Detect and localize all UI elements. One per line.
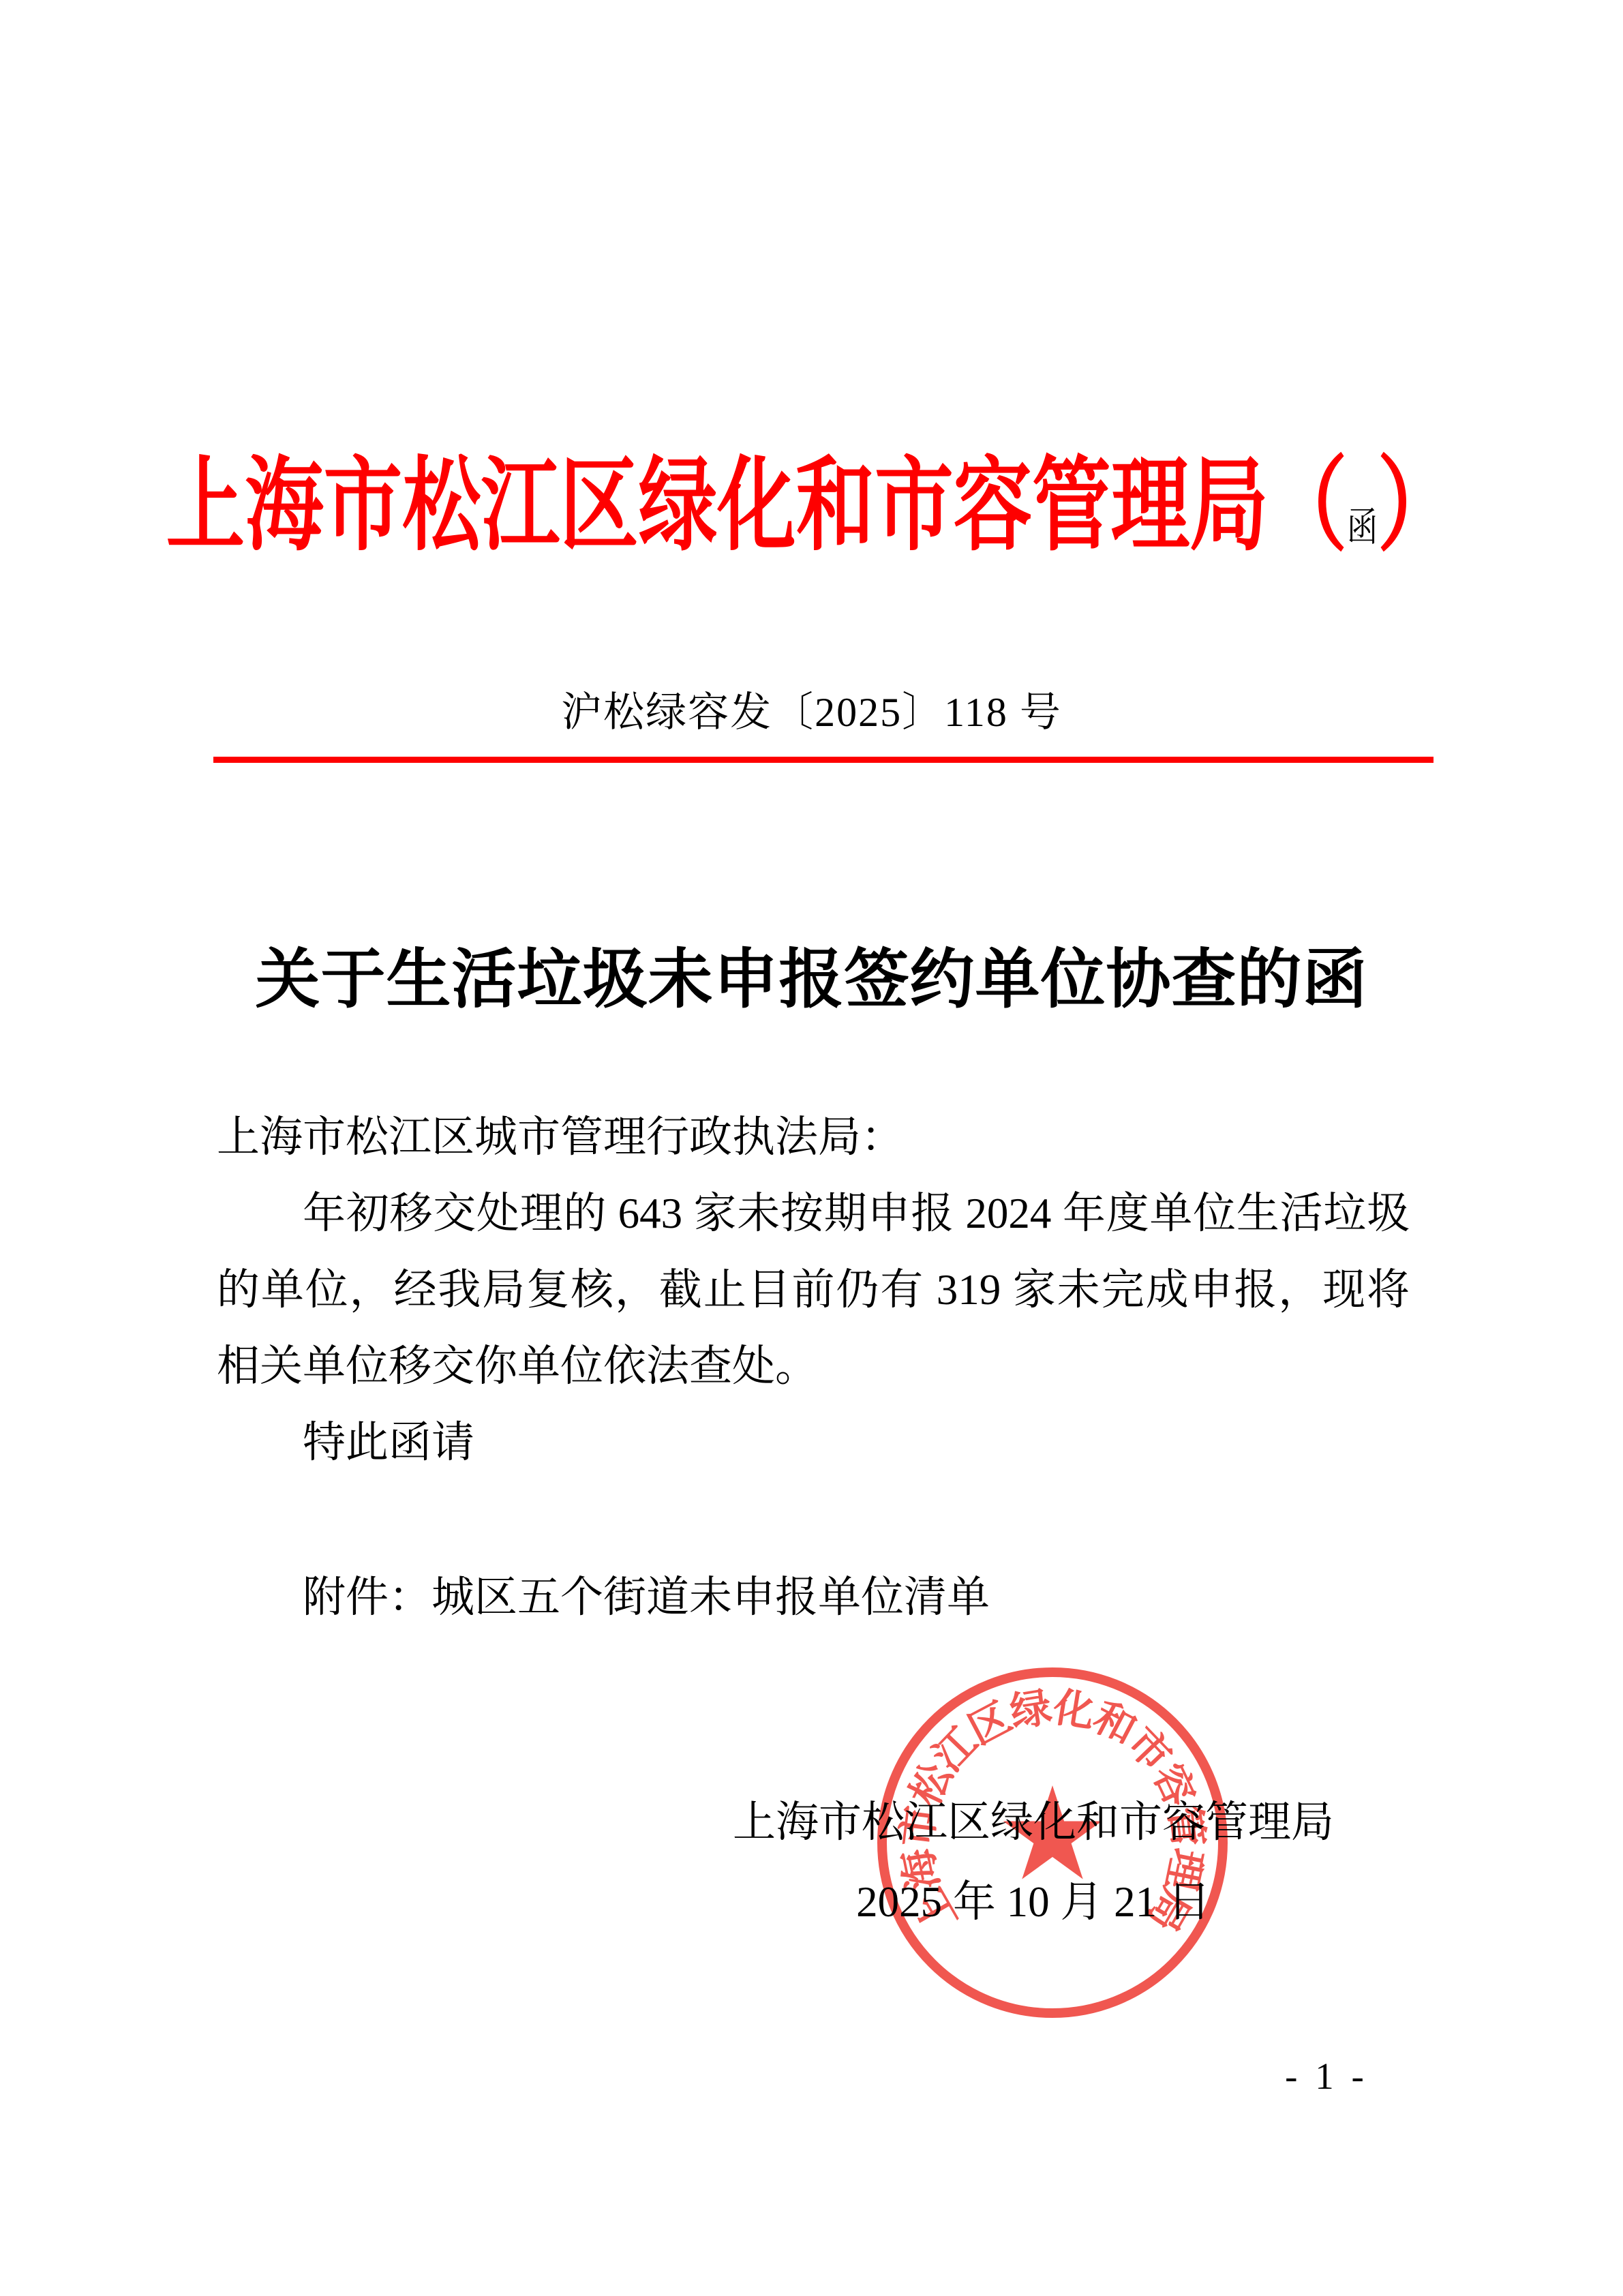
document-title: 关于生活垃圾未申报签约单位协查的函: [0, 944, 1623, 1016]
closing-phrase-line: 特此函请: [217, 1404, 1410, 1481]
signature-date: 2025 年 10 月 21 日: [556, 1859, 1511, 1945]
body-line: 年初移交处理的 643 家未按期申报 2024 年度单位生活垃圾: [217, 1175, 1410, 1252]
letterhead-doc-type: 函: [1348, 505, 1378, 549]
body-line: 的单位，经我局复核，截止目前仍有 319 家未完成申报，现将: [217, 1252, 1410, 1328]
attachment-line: 附件：城区五个街道未申报单位清单: [303, 1559, 990, 1635]
letterhead: 上海市松江区绿化和市容管理局（函）: [0, 432, 1623, 602]
page-number: - 1 -: [1190, 2045, 1463, 2108]
letterhead-agency-name: 上海市松江区绿化和市容管理局: [166, 450, 1269, 563]
doc-reference-number: 沪松绿容发〔2025〕118 号: [0, 690, 1623, 735]
letterhead-open-paren: （: [1269, 450, 1348, 563]
red-divider-rule: [213, 757, 1434, 763]
document-body: 上海市松江区城市管理行政执法局： 年初移交处理的 643 家未按期申报 2024…: [217, 1099, 1410, 1481]
document-page: 上海市松江区绿化和市容管理局（函） 沪松绿容发〔2025〕118 号 关于生活垃…: [0, 0, 1623, 2296]
letterhead-close-paren: ）: [1378, 450, 1457, 563]
body-line: 相关单位移交你单位依法查处。: [217, 1328, 1410, 1404]
svg-text:绿: 绿: [1007, 1685, 1055, 1736]
letterhead-text: 上海市松江区绿化和市容管理局（函）: [166, 442, 1457, 592]
signature-agency: 上海市松江区绿化和市容管理局: [556, 1779, 1511, 1865]
salutation-line: 上海市松江区城市管理行政执法局：: [217, 1099, 1410, 1175]
